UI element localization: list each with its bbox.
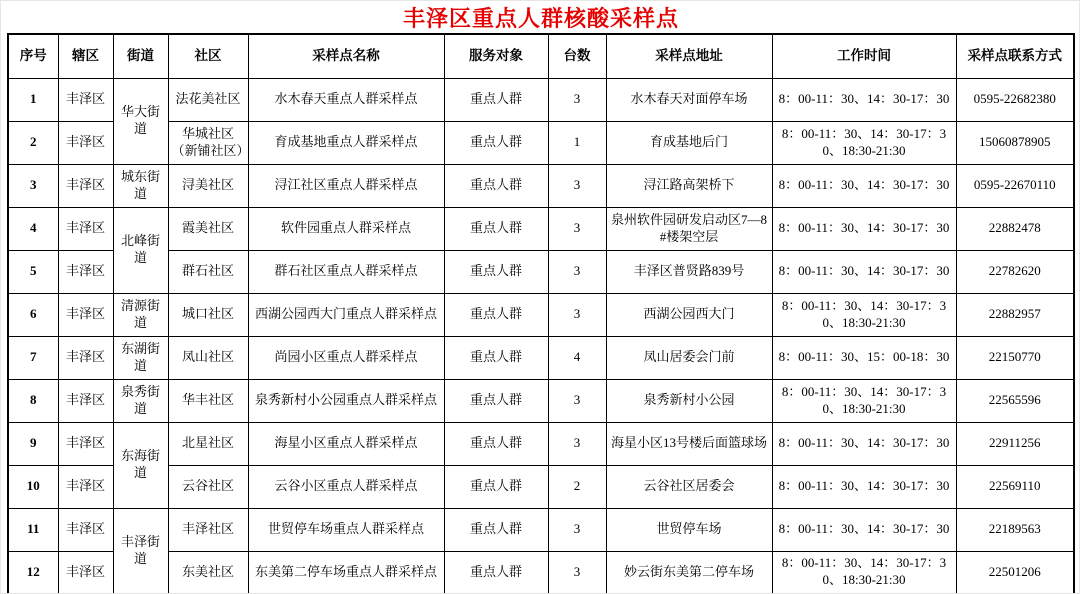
cell-community: 云谷社区 bbox=[168, 465, 248, 508]
cell-address: 丰泽区普贤路839号 bbox=[606, 250, 772, 293]
cell-site-name: 东美第二停车场重点人群采样点 bbox=[248, 551, 444, 594]
cell-units: 3 bbox=[548, 422, 606, 465]
column-header-district: 辖区 bbox=[58, 34, 113, 78]
cell-hours: 8：00-11：30、14：30-17：30 bbox=[772, 78, 956, 121]
cell-site-name: 群石社区重点人群采样点 bbox=[248, 250, 444, 293]
cell-hours: 8：00-11：30、14：30-17：30 bbox=[772, 250, 956, 293]
cell-units: 3 bbox=[548, 379, 606, 422]
cell-community: 浔美社区 bbox=[168, 164, 248, 207]
cell-hours: 8：00-11：30、15：00-18：30 bbox=[772, 336, 956, 379]
cell-street: 华大街道 bbox=[113, 78, 168, 164]
table-row: 10丰泽区云谷社区云谷小区重点人群采样点重点人群2云谷社区居委会8：00-11：… bbox=[8, 465, 1074, 508]
cell-contact: 0595-22682380 bbox=[956, 78, 1074, 121]
cell-site-name: 世贸停车场重点人群采样点 bbox=[248, 508, 444, 551]
cell-community: 华城社区（新铺社区） bbox=[168, 121, 248, 164]
cell-serial: 4 bbox=[8, 207, 58, 250]
cell-district: 丰泽区 bbox=[58, 336, 113, 379]
cell-district: 丰泽区 bbox=[58, 379, 113, 422]
cell-contact: 22882957 bbox=[956, 293, 1074, 336]
cell-address: 泉州软件园研发启动区7—8#楼架空层 bbox=[606, 207, 772, 250]
cell-community: 霞美社区 bbox=[168, 207, 248, 250]
cell-serial: 10 bbox=[8, 465, 58, 508]
cell-address: 浔江路高架桥下 bbox=[606, 164, 772, 207]
cell-serial: 12 bbox=[8, 551, 58, 594]
table-row: 9丰泽区东海街道北星社区海星小区重点人群采样点重点人群3海星小区13号楼后面篮球… bbox=[8, 422, 1074, 465]
cell-district: 丰泽区 bbox=[58, 465, 113, 508]
cell-site-name: 泉秀新村小公园重点人群采样点 bbox=[248, 379, 444, 422]
cell-service-target: 重点人群 bbox=[444, 250, 548, 293]
cell-units: 2 bbox=[548, 465, 606, 508]
table-row: 1丰泽区华大街道法花美社区水木春天重点人群采样点重点人群3水木春天对面停车场8：… bbox=[8, 78, 1074, 121]
cell-district: 丰泽区 bbox=[58, 207, 113, 250]
cell-site-name: 云谷小区重点人群采样点 bbox=[248, 465, 444, 508]
cell-hours: 8：00-11：30、14：30-17：30 bbox=[772, 207, 956, 250]
column-header-contact: 采样点联系方式 bbox=[956, 34, 1074, 78]
cell-site-name: 西湖公园西大门重点人群采样点 bbox=[248, 293, 444, 336]
cell-address: 西湖公园西大门 bbox=[606, 293, 772, 336]
cell-service-target: 重点人群 bbox=[444, 336, 548, 379]
cell-district: 丰泽区 bbox=[58, 121, 113, 164]
cell-community: 北星社区 bbox=[168, 422, 248, 465]
cell-contact: 0595-22670110 bbox=[956, 164, 1074, 207]
cell-site-name: 海星小区重点人群采样点 bbox=[248, 422, 444, 465]
column-header-serial: 序号 bbox=[8, 34, 58, 78]
cell-street: 东海街道 bbox=[113, 422, 168, 508]
cell-site-name: 软件园重点人群采样点 bbox=[248, 207, 444, 250]
cell-contact: 22911256 bbox=[956, 422, 1074, 465]
table-header: 序号 辖区 街道 社区 采样点名称 服务对象 台数 采样点地址 工作时间 采样点… bbox=[8, 34, 1074, 78]
cell-street: 城东街道 bbox=[113, 164, 168, 207]
cell-service-target: 重点人群 bbox=[444, 465, 548, 508]
cell-service-target: 重点人群 bbox=[444, 121, 548, 164]
cell-service-target: 重点人群 bbox=[444, 422, 548, 465]
table-row: 11丰泽区丰泽街道丰泽社区世贸停车场重点人群采样点重点人群3世贸停车场8：00-… bbox=[8, 508, 1074, 551]
cell-site-name: 水木春天重点人群采样点 bbox=[248, 78, 444, 121]
cell-service-target: 重点人群 bbox=[444, 551, 548, 594]
cell-hours: 8：00-11：30、14：30-17：30、18:30-21:30 bbox=[772, 379, 956, 422]
cell-address: 世贸停车场 bbox=[606, 508, 772, 551]
cell-units: 4 bbox=[548, 336, 606, 379]
cell-service-target: 重点人群 bbox=[444, 508, 548, 551]
header-row: 序号 辖区 街道 社区 采样点名称 服务对象 台数 采样点地址 工作时间 采样点… bbox=[8, 34, 1074, 78]
cell-street: 北峰街道 bbox=[113, 207, 168, 293]
cell-service-target: 重点人群 bbox=[444, 164, 548, 207]
cell-community: 东美社区 bbox=[168, 551, 248, 594]
cell-address: 育成基地后门 bbox=[606, 121, 772, 164]
table-row: 6丰泽区清源街道城口社区西湖公园西大门重点人群采样点重点人群3西湖公园西大门8：… bbox=[8, 293, 1074, 336]
table-row: 12丰泽区东美社区东美第二停车场重点人群采样点重点人群3妙云街东美第二停车场8：… bbox=[8, 551, 1074, 594]
cell-contact: 22501206 bbox=[956, 551, 1074, 594]
cell-contact: 22189563 bbox=[956, 508, 1074, 551]
column-header-units: 台数 bbox=[548, 34, 606, 78]
cell-address: 泉秀新村小公园 bbox=[606, 379, 772, 422]
cell-street: 东湖街道 bbox=[113, 336, 168, 379]
column-header-target: 服务对象 bbox=[444, 34, 548, 78]
cell-community: 法花美社区 bbox=[168, 78, 248, 121]
cell-site-name: 尚园小区重点人群采样点 bbox=[248, 336, 444, 379]
cell-address: 妙云街东美第二停车场 bbox=[606, 551, 772, 594]
cell-units: 3 bbox=[548, 551, 606, 594]
cell-units: 3 bbox=[548, 207, 606, 250]
cell-units: 3 bbox=[548, 508, 606, 551]
cell-serial: 11 bbox=[8, 508, 58, 551]
cell-units: 3 bbox=[548, 164, 606, 207]
cell-community: 群石社区 bbox=[168, 250, 248, 293]
cell-contact: 22782620 bbox=[956, 250, 1074, 293]
cell-street: 丰泽街道 bbox=[113, 508, 168, 594]
cell-units: 3 bbox=[548, 78, 606, 121]
cell-district: 丰泽区 bbox=[58, 164, 113, 207]
cell-service-target: 重点人群 bbox=[444, 207, 548, 250]
cell-serial: 8 bbox=[8, 379, 58, 422]
cell-district: 丰泽区 bbox=[58, 78, 113, 121]
cell-units: 3 bbox=[548, 293, 606, 336]
cell-community: 城口社区 bbox=[168, 293, 248, 336]
cell-address: 海星小区13号楼后面篮球场 bbox=[606, 422, 772, 465]
cell-contact: 15060878905 bbox=[956, 121, 1074, 164]
cell-street: 泉秀街道 bbox=[113, 379, 168, 422]
cell-district: 丰泽区 bbox=[58, 508, 113, 551]
cell-serial: 1 bbox=[8, 78, 58, 121]
cell-serial: 9 bbox=[8, 422, 58, 465]
cell-address: 凤山居委会门前 bbox=[606, 336, 772, 379]
cell-serial: 7 bbox=[8, 336, 58, 379]
table-row: 5丰泽区群石社区群石社区重点人群采样点重点人群3丰泽区普贤路839号8：00-1… bbox=[8, 250, 1074, 293]
cell-contact: 22565596 bbox=[956, 379, 1074, 422]
column-header-community: 社区 bbox=[168, 34, 248, 78]
table-body: 1丰泽区华大街道法花美社区水木春天重点人群采样点重点人群3水木春天对面停车场8：… bbox=[8, 78, 1074, 594]
cell-contact: 22150770 bbox=[956, 336, 1074, 379]
cell-district: 丰泽区 bbox=[58, 250, 113, 293]
cell-serial: 6 bbox=[8, 293, 58, 336]
cell-address: 云谷社区居委会 bbox=[606, 465, 772, 508]
column-header-hours: 工作时间 bbox=[772, 34, 956, 78]
cell-community: 凤山社区 bbox=[168, 336, 248, 379]
table-row: 4丰泽区北峰街道霞美社区软件园重点人群采样点重点人群3泉州软件园研发启动区7—8… bbox=[8, 207, 1074, 250]
cell-serial: 5 bbox=[8, 250, 58, 293]
document-page: 丰泽区重点人群核酸采样点 序号 辖区 街道 社区 采样点名称 服务对象 台数 采… bbox=[1, 1, 1080, 594]
cell-site-name: 育成基地重点人群采样点 bbox=[248, 121, 444, 164]
cell-hours: 8：00-11：30、14：30-17：30、18:30-21:30 bbox=[772, 121, 956, 164]
cell-units: 1 bbox=[548, 121, 606, 164]
cell-hours: 8：00-11：30、14：30-17：30、18:30-21:30 bbox=[772, 551, 956, 594]
cell-community: 丰泽社区 bbox=[168, 508, 248, 551]
cell-district: 丰泽区 bbox=[58, 293, 113, 336]
column-header-street: 街道 bbox=[113, 34, 168, 78]
cell-hours: 8：00-11：30、14：30-17：30 bbox=[772, 164, 956, 207]
column-header-address: 采样点地址 bbox=[606, 34, 772, 78]
cell-serial: 3 bbox=[8, 164, 58, 207]
table-row: 2丰泽区华城社区（新铺社区）育成基地重点人群采样点重点人群1育成基地后门8：00… bbox=[8, 121, 1074, 164]
cell-service-target: 重点人群 bbox=[444, 78, 548, 121]
table-row: 8丰泽区泉秀街道华丰社区泉秀新村小公园重点人群采样点重点人群3泉秀新村小公园8：… bbox=[8, 379, 1074, 422]
cell-district: 丰泽区 bbox=[58, 551, 113, 594]
sampling-table: 序号 辖区 街道 社区 采样点名称 服务对象 台数 采样点地址 工作时间 采样点… bbox=[7, 33, 1075, 594]
cell-hours: 8：00-11：30、14：30-17：30、18:30-21:30 bbox=[772, 293, 956, 336]
cell-hours: 8：00-11：30、14：30-17：30 bbox=[772, 465, 956, 508]
cell-address: 水木春天对面停车场 bbox=[606, 78, 772, 121]
cell-service-target: 重点人群 bbox=[444, 379, 548, 422]
cell-community: 华丰社区 bbox=[168, 379, 248, 422]
cell-site-name: 浔江社区重点人群采样点 bbox=[248, 164, 444, 207]
cell-district: 丰泽区 bbox=[58, 422, 113, 465]
page-title: 丰泽区重点人群核酸采样点 bbox=[1, 1, 1080, 33]
table-row: 3丰泽区城东街道浔美社区浔江社区重点人群采样点重点人群3浔江路高架桥下8：00-… bbox=[8, 164, 1074, 207]
cell-hours: 8：00-11：30、14：30-17：30 bbox=[772, 508, 956, 551]
cell-contact: 22882478 bbox=[956, 207, 1074, 250]
table-row: 7丰泽区东湖街道凤山社区尚园小区重点人群采样点重点人群4凤山居委会门前8：00-… bbox=[8, 336, 1074, 379]
cell-street: 清源街道 bbox=[113, 293, 168, 336]
cell-serial: 2 bbox=[8, 121, 58, 164]
cell-service-target: 重点人群 bbox=[444, 293, 548, 336]
cell-hours: 8：00-11：30、14：30-17：30 bbox=[772, 422, 956, 465]
cell-units: 3 bbox=[548, 250, 606, 293]
cell-contact: 22569110 bbox=[956, 465, 1074, 508]
column-header-site-name: 采样点名称 bbox=[248, 34, 444, 78]
